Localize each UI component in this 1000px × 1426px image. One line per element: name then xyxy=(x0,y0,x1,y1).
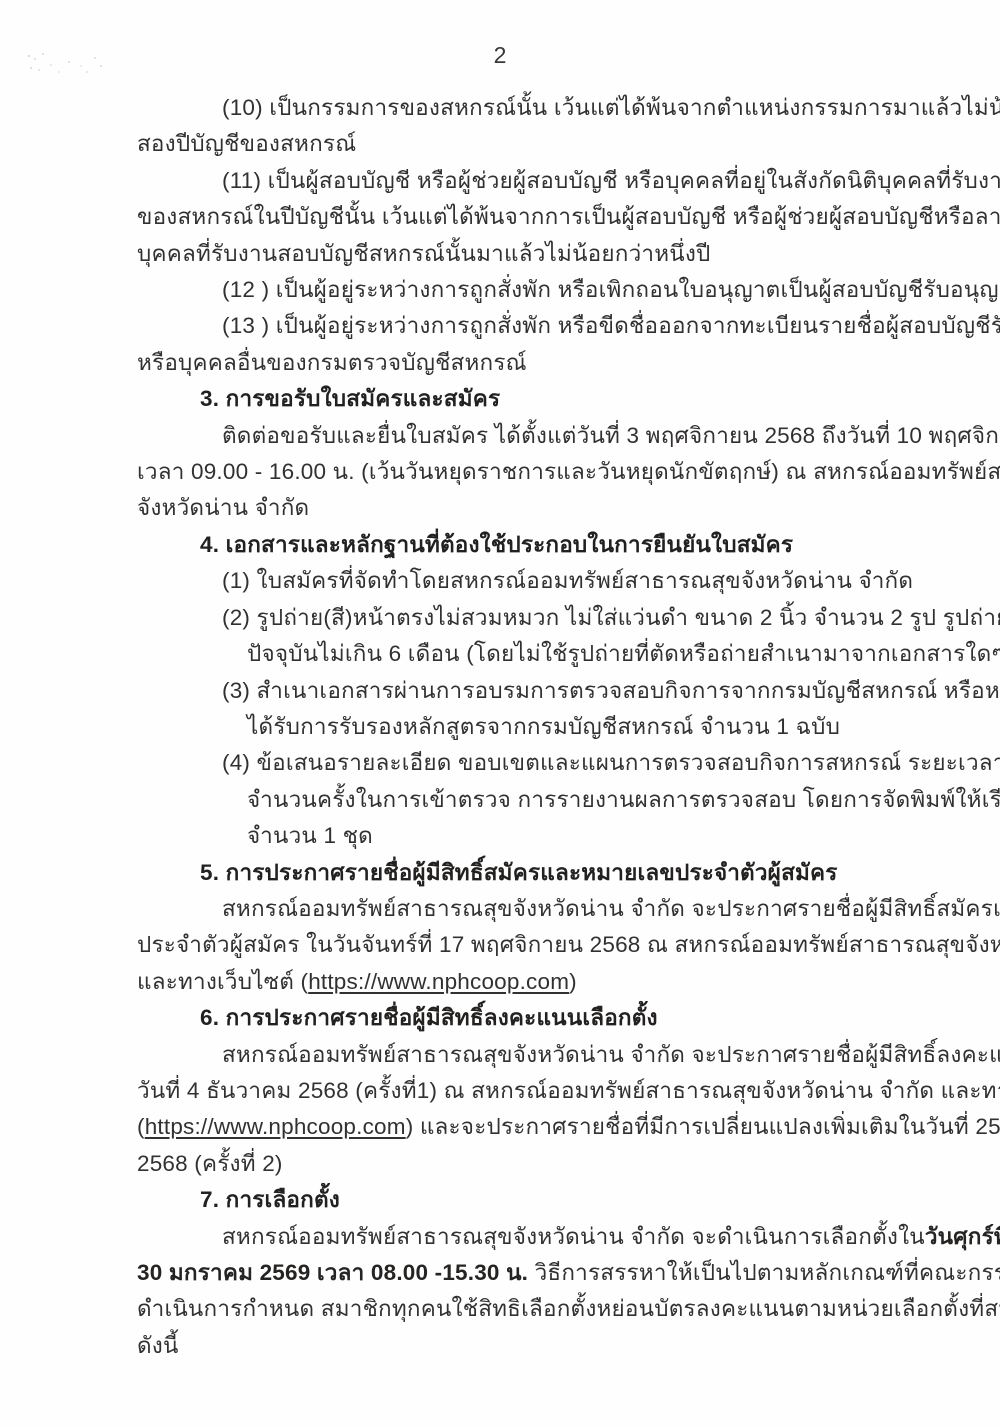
nphcoop-website-link[interactable]: https://www.nphcoop.com xyxy=(308,969,569,994)
section-3-line-3: จังหวัดน่าน จำกัด xyxy=(137,490,945,526)
section-5-line-3: และทางเว็บไซต์ (https://www.nphcoop.com) xyxy=(137,964,945,1000)
section-7-heading: 7. การเลือกตั้ง xyxy=(200,1182,945,1218)
section-6-line-2: วันที่ 4 ธันวาคม 2568 (ครั้งที่1) ณ สหกร… xyxy=(137,1073,945,1109)
website-label: และทางเว็บไซต์ ( xyxy=(137,969,308,994)
section-5-heading: 5. การประกาศรายชื่อผู้มีสิทธิ์สมัครและหม… xyxy=(200,855,945,891)
section-6-line-1: สหกรณ์ออมทรัพย์สาธารณสุขจังหวัดน่าน จำกั… xyxy=(222,1037,945,1073)
section-7-line-3: ดำเนินการกำหนด สมาชิกทุกคนใช้สิทธิเลือกต… xyxy=(137,1291,945,1327)
clause-10-line-2: สองปีบัญชีของสหกรณ์ xyxy=(137,126,945,162)
section-7-line-1-regular: สหกรณ์ออมทรัพย์สาธารณสุขจังหวัดน่าน จำกั… xyxy=(222,1224,925,1249)
pencil-smudge-mark xyxy=(28,55,128,105)
section-4-item-4-line-1: (4) ข้อเสนอรายละเอียด ขอบเขตและแผนการตรว… xyxy=(222,745,945,781)
nphcoop-website-link-2[interactable]: https://www.nphcoop.com xyxy=(145,1114,406,1139)
clause-11-line-2: ของสหกรณ์ในปีบัญชีนั้น เว้นแต่ได้พ้นจากก… xyxy=(137,199,945,235)
clause-13-line-1: (13 ) เป็นผู้อยู่ระหว่างการถูกสั่งพัก หร… xyxy=(222,308,945,344)
section-4-item-2-line-2: ปัจจุบันไม่เกิน 6 เดือน (โดยไม่ใช้รูปถ่า… xyxy=(247,636,945,672)
page-number: 2 xyxy=(0,0,1000,69)
section-4-item-4-line-2: จำนวนครั้งในการเข้าตรวจ การรายงานผลการตร… xyxy=(247,782,945,818)
election-day-bold: วันศุกร์ที่ xyxy=(925,1224,1000,1249)
section-3-line-2: เวลา 09.00 - 16.00 น. (เว้นวันหยุดราชการ… xyxy=(137,454,945,490)
section-7-line-4: ดังนี้ xyxy=(137,1328,945,1364)
section-6-heading: 6. การประกาศรายชื่อผู้มีสิทธิ์ลงคะแนนเลื… xyxy=(200,1000,945,1036)
section-4-heading: 4. เอกสารและหลักฐานที่ต้องใช้ประกอบในการ… xyxy=(200,527,945,563)
section-4-item-1: (1) ใบสมัครที่จัดทำโดยสหกรณ์ออมทรัพย์สาธ… xyxy=(222,563,945,599)
closing-paren: ) xyxy=(569,969,577,994)
election-date-time-bold: 30 มกราคม 2569 เวลา 08.00 -15.30 น. xyxy=(137,1260,528,1285)
document-body: (10) เป็นกรรมการของสหกรณ์นั้น เว้นแต่ได้… xyxy=(0,90,1000,1364)
opening-paren: ( xyxy=(137,1114,145,1139)
clause-13-line-2: หรือบุคคลอื่นของกรมตรวจบัญชีสหกรณ์ xyxy=(137,345,945,381)
section-4-item-2-line-1: (2) รูปถ่าย(สี)หน้าตรงไม่สวมหมวก ไม่ใส่แ… xyxy=(222,600,945,636)
clause-11-line-3: บุคคลที่รับงานสอบบัญชีสหกรณ์นั้นมาแล้วไม… xyxy=(137,236,945,272)
section-7-line-1: สหกรณ์ออมทรัพย์สาธารณสุขจังหวัดน่าน จำกั… xyxy=(222,1219,945,1255)
clause-11-line-1: (11) เป็นผู้สอบบัญชี หรือผู้ช่วยผู้สอบบั… xyxy=(222,163,945,199)
section-4-item-3-line-1: (3) สำเนาเอกสารผ่านการอบรมการตรวจสอบกิจก… xyxy=(222,673,945,709)
section-6-line-3: (https://www.nphcoop.com) และจะประกาศราย… xyxy=(137,1109,945,1145)
clause-12-line-1: (12 ) เป็นผู้อยู่ระหว่างการถูกสั่งพัก หร… xyxy=(222,272,945,308)
document-page: 2 (10) เป็นกรรมการของสหกรณ์นั้น เว้นแต่ไ… xyxy=(0,0,1000,1426)
section-3-line-1: ติดต่อขอรับและยื่นใบสมัคร ได้ตั้งแต่วันท… xyxy=(222,418,945,454)
section-6-line-4: 2568 (ครั้งที่ 2) xyxy=(137,1146,945,1182)
clause-10-line-1: (10) เป็นกรรมการของสหกรณ์นั้น เว้นแต่ได้… xyxy=(222,90,945,126)
section-5-line-1: สหกรณ์ออมทรัพย์สาธารณสุขจังหวัดน่าน จำกั… xyxy=(222,891,945,927)
section-7-line-2-regular: วิธีการสรรหาให้เป็นไปตามหลักเกณฑ์ที่คณะก… xyxy=(528,1260,1000,1285)
section-5-line-2: ประจำตัวผู้สมัคร ในวันจันทร์ที่ 17 พฤศจิ… xyxy=(137,927,945,963)
section-4-item-4-line-3: จำนวน 1 ชุด xyxy=(247,818,945,854)
section-4-item-3-line-2: ได้รับการรับรองหลักสูตรจากกรมบัญชีสหกรณ์… xyxy=(247,709,945,745)
section-7-line-2: 30 มกราคม 2569 เวลา 08.00 -15.30 น. วิธี… xyxy=(137,1255,945,1291)
section-3-heading: 3. การขอรับใบสมัครและสมัคร xyxy=(200,381,945,417)
section-6-line-3-text: ) และจะประกาศรายชื่อที่มีการเปลี่ยนแปลงเ… xyxy=(406,1114,1000,1139)
